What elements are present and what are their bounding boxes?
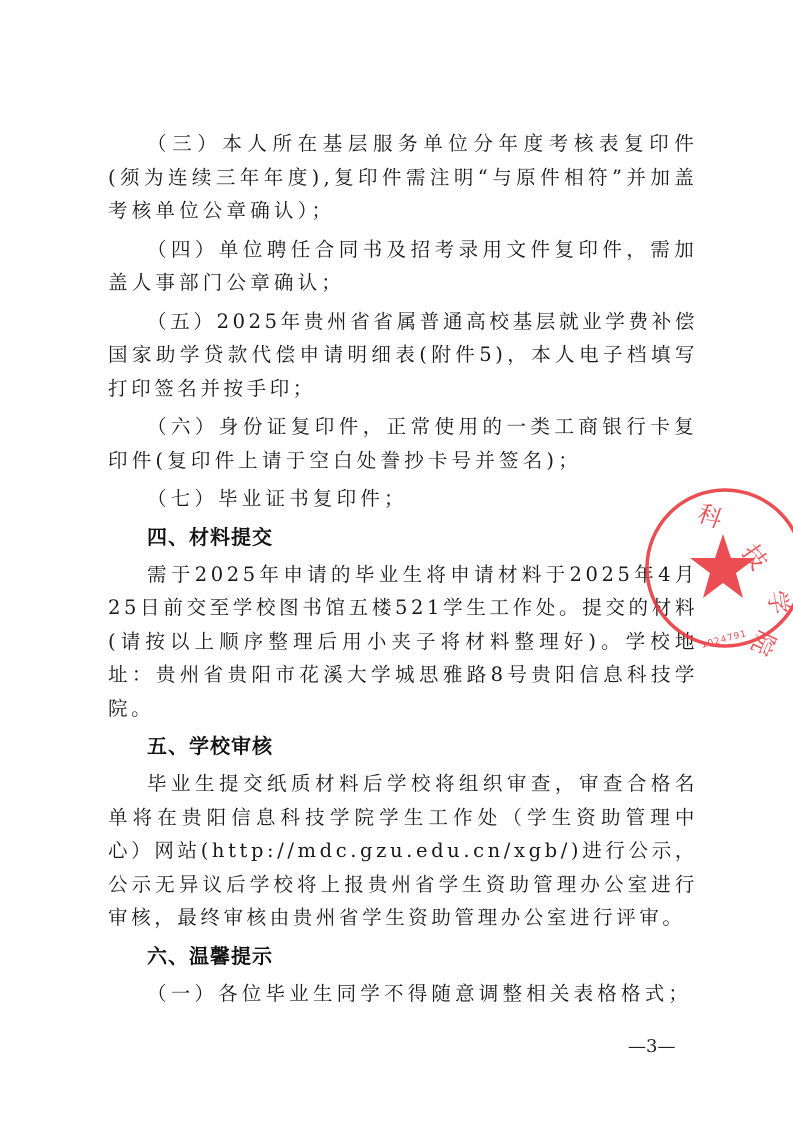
star-icon bbox=[690, 534, 756, 598]
seal-char-4: 院 bbox=[745, 626, 781, 658]
list-item-3: （三）本人所在基层服务单位分年度考核表复印件(须为连续三年年度),复印件需注明“… bbox=[108, 127, 698, 228]
list-item-4: （四）单位聘任合同书及招考录用文件复印件，需加盖人事部门公章确认； bbox=[108, 233, 698, 300]
section-heading-materials-submission: 四、材料提交 bbox=[108, 521, 698, 554]
document-body: （三）本人所在基层服务单位分年度考核表复印件(须为连续三年年度),复印件需注明“… bbox=[108, 127, 698, 1015]
seal-char-1: 科 bbox=[694, 499, 726, 534]
section-heading-school-review: 五、学校审核 bbox=[108, 730, 698, 763]
reminder-item-1: （一）各位毕业生同学不得随意调整相关表格格式； bbox=[108, 977, 698, 1011]
list-item-5: （五）2025年贵州省省属普通高校基层就业学费补偿国家助学贷款代偿申请明细表(附… bbox=[108, 305, 698, 406]
seal-char-2: 技 bbox=[736, 539, 773, 575]
document-page: （三）本人所在基层服务单位分年度考核表复印件(须为连续三年年度),复印件需注明“… bbox=[0, 0, 793, 1121]
list-item-7: （七）毕业证书复印件； bbox=[108, 482, 698, 516]
seal-serial: 1024791 bbox=[700, 629, 748, 651]
list-item-6: （六）身份证复印件，正常使用的一类工商银行卡复印件(复印件上请于空白处誊抄卡号并… bbox=[108, 410, 698, 477]
seal-char-3: 学 bbox=[762, 588, 793, 616]
page-number: —3— bbox=[628, 1036, 675, 1057]
section-body-school-review: 毕业生提交纸质材料后学校将组织审查，审查合格名单将在贵阳信息科技学院学生工作处（… bbox=[108, 767, 698, 935]
section-body-materials-submission: 需于2025年申请的毕业生将申请材料于2025年4月25日前交至学校图书馆五楼5… bbox=[108, 558, 698, 726]
section-heading-reminders: 六、温馨提示 bbox=[108, 940, 698, 973]
